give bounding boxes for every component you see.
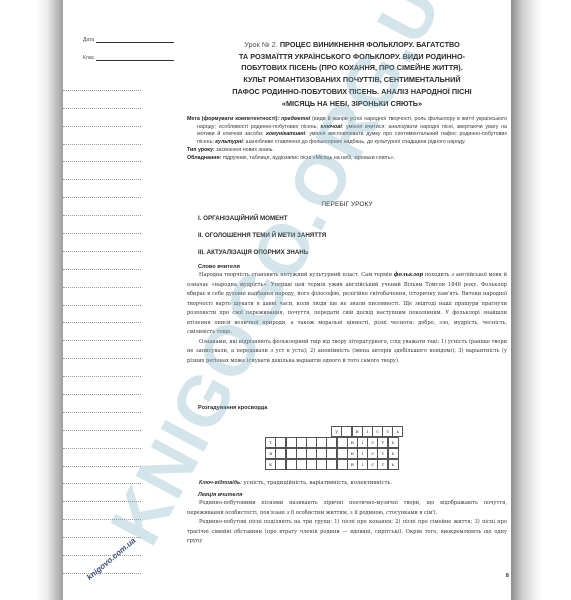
comm-label: комунікативні [266, 131, 305, 137]
lesson-type-label: Тип уроку: [187, 147, 215, 153]
crossword-cell[interactable]: ь [392, 426, 403, 437]
notes-line [63, 145, 141, 163]
notes-line [63, 234, 141, 252]
paragraph: Родинно-побутовими піснями називають лір… [187, 499, 507, 518]
section-heading: I. ОРГАНІЗАЦІЙНИЙ МОМЕНТ [198, 215, 287, 222]
notes-line [63, 91, 141, 109]
notes-line [63, 520, 141, 538]
notes-line [63, 484, 141, 502]
goal-label: Мета (формувати компетентності): [187, 116, 279, 122]
crossword-heading: Розгадування кросворда [198, 405, 267, 411]
notes-line [63, 73, 141, 91]
paragraph: Народна творчість становить потужний кул… [187, 271, 507, 338]
crossword-key: Ключ-відповідь: усність, традиційність, … [199, 480, 392, 486]
text: походить з англійської мови й означає «н… [187, 272, 507, 335]
term: фольклор [394, 272, 423, 278]
notes-lines [63, 73, 141, 574]
crossword-cell[interactable]: ь [388, 437, 399, 448]
cult-text: : шанобливе ставлення до фольклорних над… [243, 139, 466, 145]
class-field[interactable]: Клас [83, 55, 174, 61]
document-page: Дата Клас Урок № 2. ПРОЦЕС ВИНИКНЕННЯ ФО… [63, 0, 511, 600]
crossword-cell[interactable]: ь [388, 459, 399, 470]
notes-line [63, 377, 141, 395]
subject-label: предметні [281, 116, 310, 122]
teacher-word-heading: Слово вчителя [198, 264, 240, 270]
date-input-line[interactable] [96, 37, 174, 43]
notes-line [63, 449, 141, 467]
page-shadow-right [511, 0, 543, 600]
title-line: КУЛЬТ РОМАНТИЗОВАНИХ ПОЧУТТІВ, СЕНТИМЕНТ… [193, 74, 511, 86]
title-line: ПРОЦЕС ВИНИКНЕННЯ ФОЛЬКЛОРУ. БАГАТСТВО [280, 40, 460, 49]
notes-line [63, 502, 141, 520]
paragraph: Родинно-побутові пісні поділяють на три … [187, 518, 507, 547]
notes-line [63, 413, 141, 431]
title-line: ТА РОЗМАЇТТЯ УКРАЇНСЬКОГО ФОЛЬКЛОРУ. ВИД… [193, 51, 511, 63]
title-line: ПАФОС РОДИННО-ПОБУТОВИХ ПІСЕНЬ. АНАЛІЗ Н… [193, 86, 511, 98]
crossword-grid: уністьтністьвністькність [266, 427, 403, 471]
lesson-type: Тип уроку: засвоєння нових знань. [187, 147, 507, 155]
lesson-number: Урок № 2. [244, 40, 278, 49]
notes-line [63, 216, 141, 234]
cult-label: культурні [215, 139, 242, 145]
section-heading: III. АКТУАЛІЗАЦІЯ ОПОРНИХ ЗНАНЬ [198, 249, 308, 256]
teacher-word-text: Народна творчість становить потужний кул… [187, 271, 507, 366]
class-label: Клас [83, 55, 94, 61]
notes-line [63, 127, 141, 145]
notes-line [63, 162, 141, 180]
notes-line [63, 431, 141, 449]
equipment: Обладнання: підручник, таблиця, аудіозап… [187, 155, 507, 163]
title-line: ПОБУТОВИХ ПІСЕНЬ (ПРО КОХАННЯ, ПРО СІМЕЙ… [193, 62, 511, 74]
equipment-label: Обладнання: [187, 155, 221, 161]
title-line: «МІСЯЦЬ НА НЕБІ, ЗІРОНЬКИ СЯЮТЬ» [193, 98, 511, 110]
lesson-goal: Мета (формувати компетентності): предмет… [187, 116, 507, 162]
date-field[interactable]: Дата [83, 37, 174, 43]
notes-line [63, 270, 141, 288]
crossword-row: кність [266, 460, 403, 471]
notes-line [63, 180, 141, 198]
lecture-text: Родинно-побутовими піснями називають лір… [187, 499, 507, 547]
notes-line [63, 288, 141, 306]
notes-line [63, 198, 141, 216]
key-label: Ключ-відповідь: [199, 480, 242, 486]
class-input-line[interactable] [96, 55, 174, 61]
lesson-type-value: засвоєння нових знань. [215, 147, 274, 153]
section-heading: II. ОГОЛОШЕННЯ ТЕМИ Й МЕТИ ЗАНЯТТЯ [198, 232, 326, 239]
notes-line [63, 467, 141, 485]
notes-line [63, 395, 141, 413]
notes-line [63, 323, 141, 341]
notes-line [63, 341, 141, 359]
notes-line [63, 359, 141, 377]
key-answers: усність, традиційність, варіативність, к… [242, 480, 392, 486]
notes-line [63, 109, 141, 127]
goal-paragraph: Мета (формувати компетентності): предмет… [187, 116, 507, 147]
notes-line [63, 252, 141, 270]
lesson-title: Урок № 2. ПРОЦЕС ВИНИКНЕННЯ ФОЛЬКЛОРУ. Б… [193, 39, 511, 109]
equipment-value: підручник, таблиця, аудіозапис пісні «Мі… [221, 155, 395, 161]
page-number: 8 [506, 573, 509, 579]
key-label: ключові [321, 124, 342, 130]
crossword-cell[interactable]: ь [388, 448, 399, 459]
paragraph: Ознаками, які відрізняють фольклорний тв… [187, 338, 507, 367]
notes-line [63, 306, 141, 324]
lecture-heading: Лекція вчителя [198, 492, 242, 498]
page-shadow-left [36, 0, 64, 600]
course-title: ПЕРЕБІГ УРОКУ [187, 201, 507, 208]
text: Народна творчість становить потужний кул… [199, 272, 394, 278]
date-label: Дата [83, 37, 94, 43]
